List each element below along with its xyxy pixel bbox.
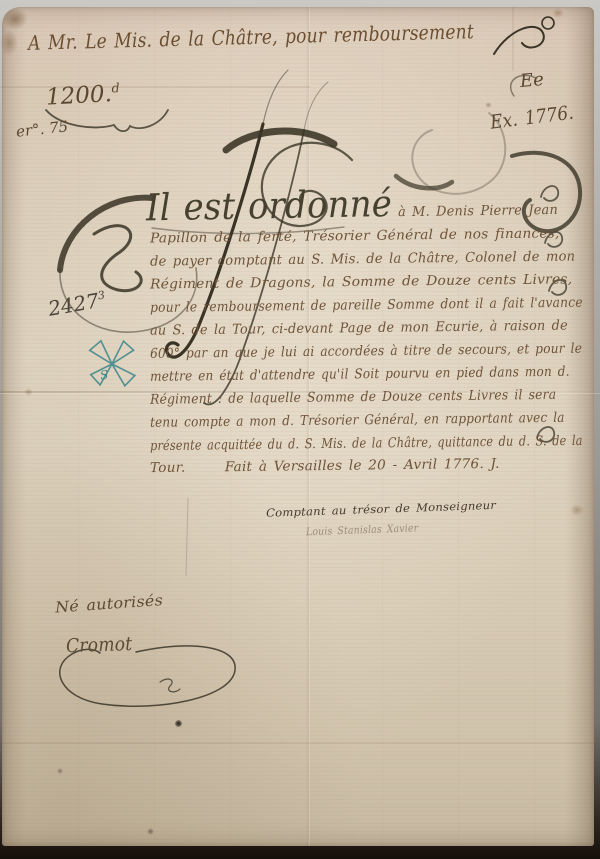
opening-phrase: Il est ordonné bbox=[146, 182, 415, 230]
paraph-mark: Ee bbox=[519, 69, 545, 92]
amount-value: 1200.d bbox=[45, 80, 120, 110]
photo-background: S A Mr. Le Mis. de la Châtre, pour rembo… bbox=[0, 0, 600, 859]
stamp-letter: S bbox=[99, 367, 109, 382]
authorization-signature: Cromot bbox=[66, 633, 140, 658]
opening-continuation: à M. Denis Pierre Jean bbox=[398, 202, 565, 220]
amount-superscript: d bbox=[111, 80, 120, 95]
